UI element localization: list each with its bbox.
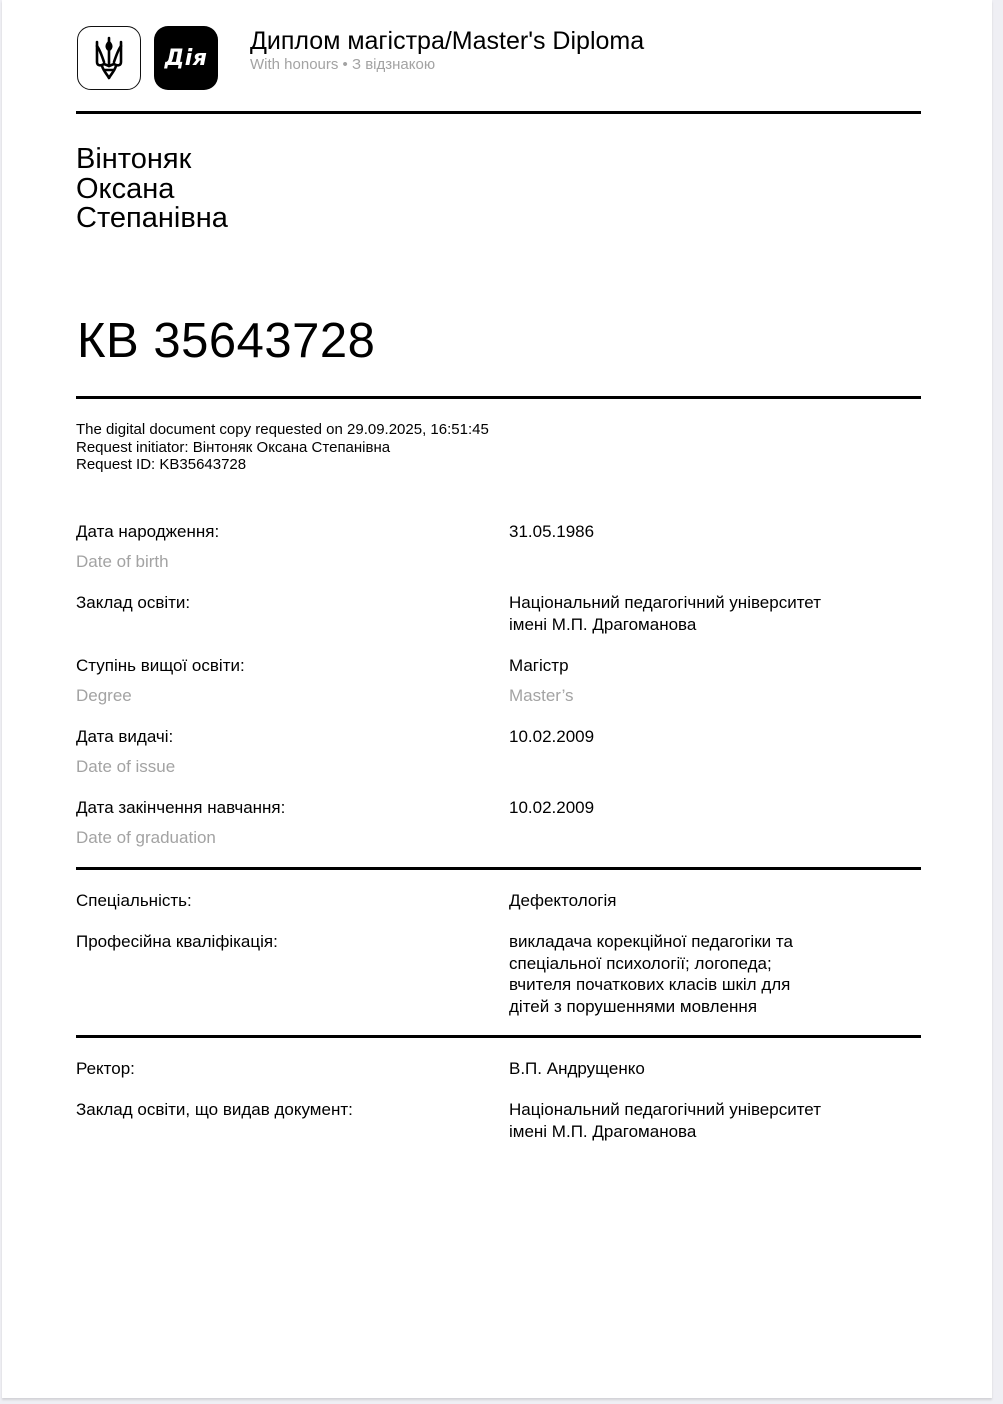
document-subtitle: With honours • З відзнакою [250,56,435,74]
field-value-line: вчителя початкових класів шкіл для [509,974,921,996]
field-value-line: імені М.П. Драгоманова [509,614,921,636]
field-value: викладача корекційної педагогіки та спец… [509,931,921,1017]
field-label: Спеціальність: [76,890,496,912]
field-value-line: імені М.П. Драгоманова [509,1121,921,1143]
field-value: В.П. Андрущенко [509,1058,921,1080]
document-page: Дія Диплом магістра/Master's Diploma Wit… [2,0,992,1398]
field-label-en: Date of graduation [76,827,216,849]
field-label: Заклад освіти: [76,592,496,614]
document-header: Дія Диплом магістра/Master's Diploma Wit… [76,26,921,92]
request-initiator: Request initiator: Вінтоняк Оксана Степа… [76,439,489,457]
field-value: Дефектологія [509,890,921,912]
holder-patronymic: Степанівна [76,204,228,234]
field-value-line: викладача корекційної педагогіки та [509,931,921,953]
field-value: Національний педагогічний університет ім… [509,592,921,636]
field-value: 10.02.2009 [509,797,921,819]
divider [76,1035,921,1038]
document-number: КВ 35643728 [77,312,375,370]
holder-surname: Вінтоняк [76,145,228,175]
field-value: Магістр [509,655,921,677]
field-value-en: Master’s [509,685,574,707]
field-value-line: Національний педагогічний університет [509,1099,921,1121]
field-label: Заклад освіти, що видав документ: [76,1099,496,1121]
request-date: The digital document copy requested on 2… [76,421,489,439]
diia-logo: Дія [154,26,218,90]
trident-logo [77,26,141,90]
field-value-line: Національний педагогічний університет [509,592,921,614]
field-label-en: Date of birth [76,551,169,573]
diia-logo-text: Дія [165,46,208,71]
request-info: The digital document copy requested on 2… [76,421,489,474]
divider [76,111,921,114]
field-label: Ректор: [76,1058,496,1080]
divider [76,396,921,399]
field-label: Професійна кваліфікація: [76,931,496,953]
field-label-en: Degree [76,685,132,707]
ukraine-trident-icon [94,36,124,80]
field-value: Національний педагогічний університет ім… [509,1099,921,1143]
field-value: 10.02.2009 [509,726,921,748]
field-label: Дата видачі: [76,726,496,748]
field-label-en: Date of issue [76,756,175,778]
request-id: Request ID: KB35643728 [76,456,489,474]
field-label: Дата народження: [76,521,496,543]
holder-given-name: Оксана [76,175,228,205]
field-label: Ступінь вищої освіти: [76,655,496,677]
holder-name: Вінтоняк Оксана Степанівна [76,145,228,234]
divider [76,867,921,870]
field-value-line: спеціальної психології; логопеда; [509,953,921,975]
document-title: Диплом магістра/Master's Diploma [250,26,644,56]
field-value-line: дітей з порушеннями мовлення [509,996,921,1018]
field-value: 31.05.1986 [509,521,921,543]
field-label: Дата закінчення навчання: [76,797,496,819]
